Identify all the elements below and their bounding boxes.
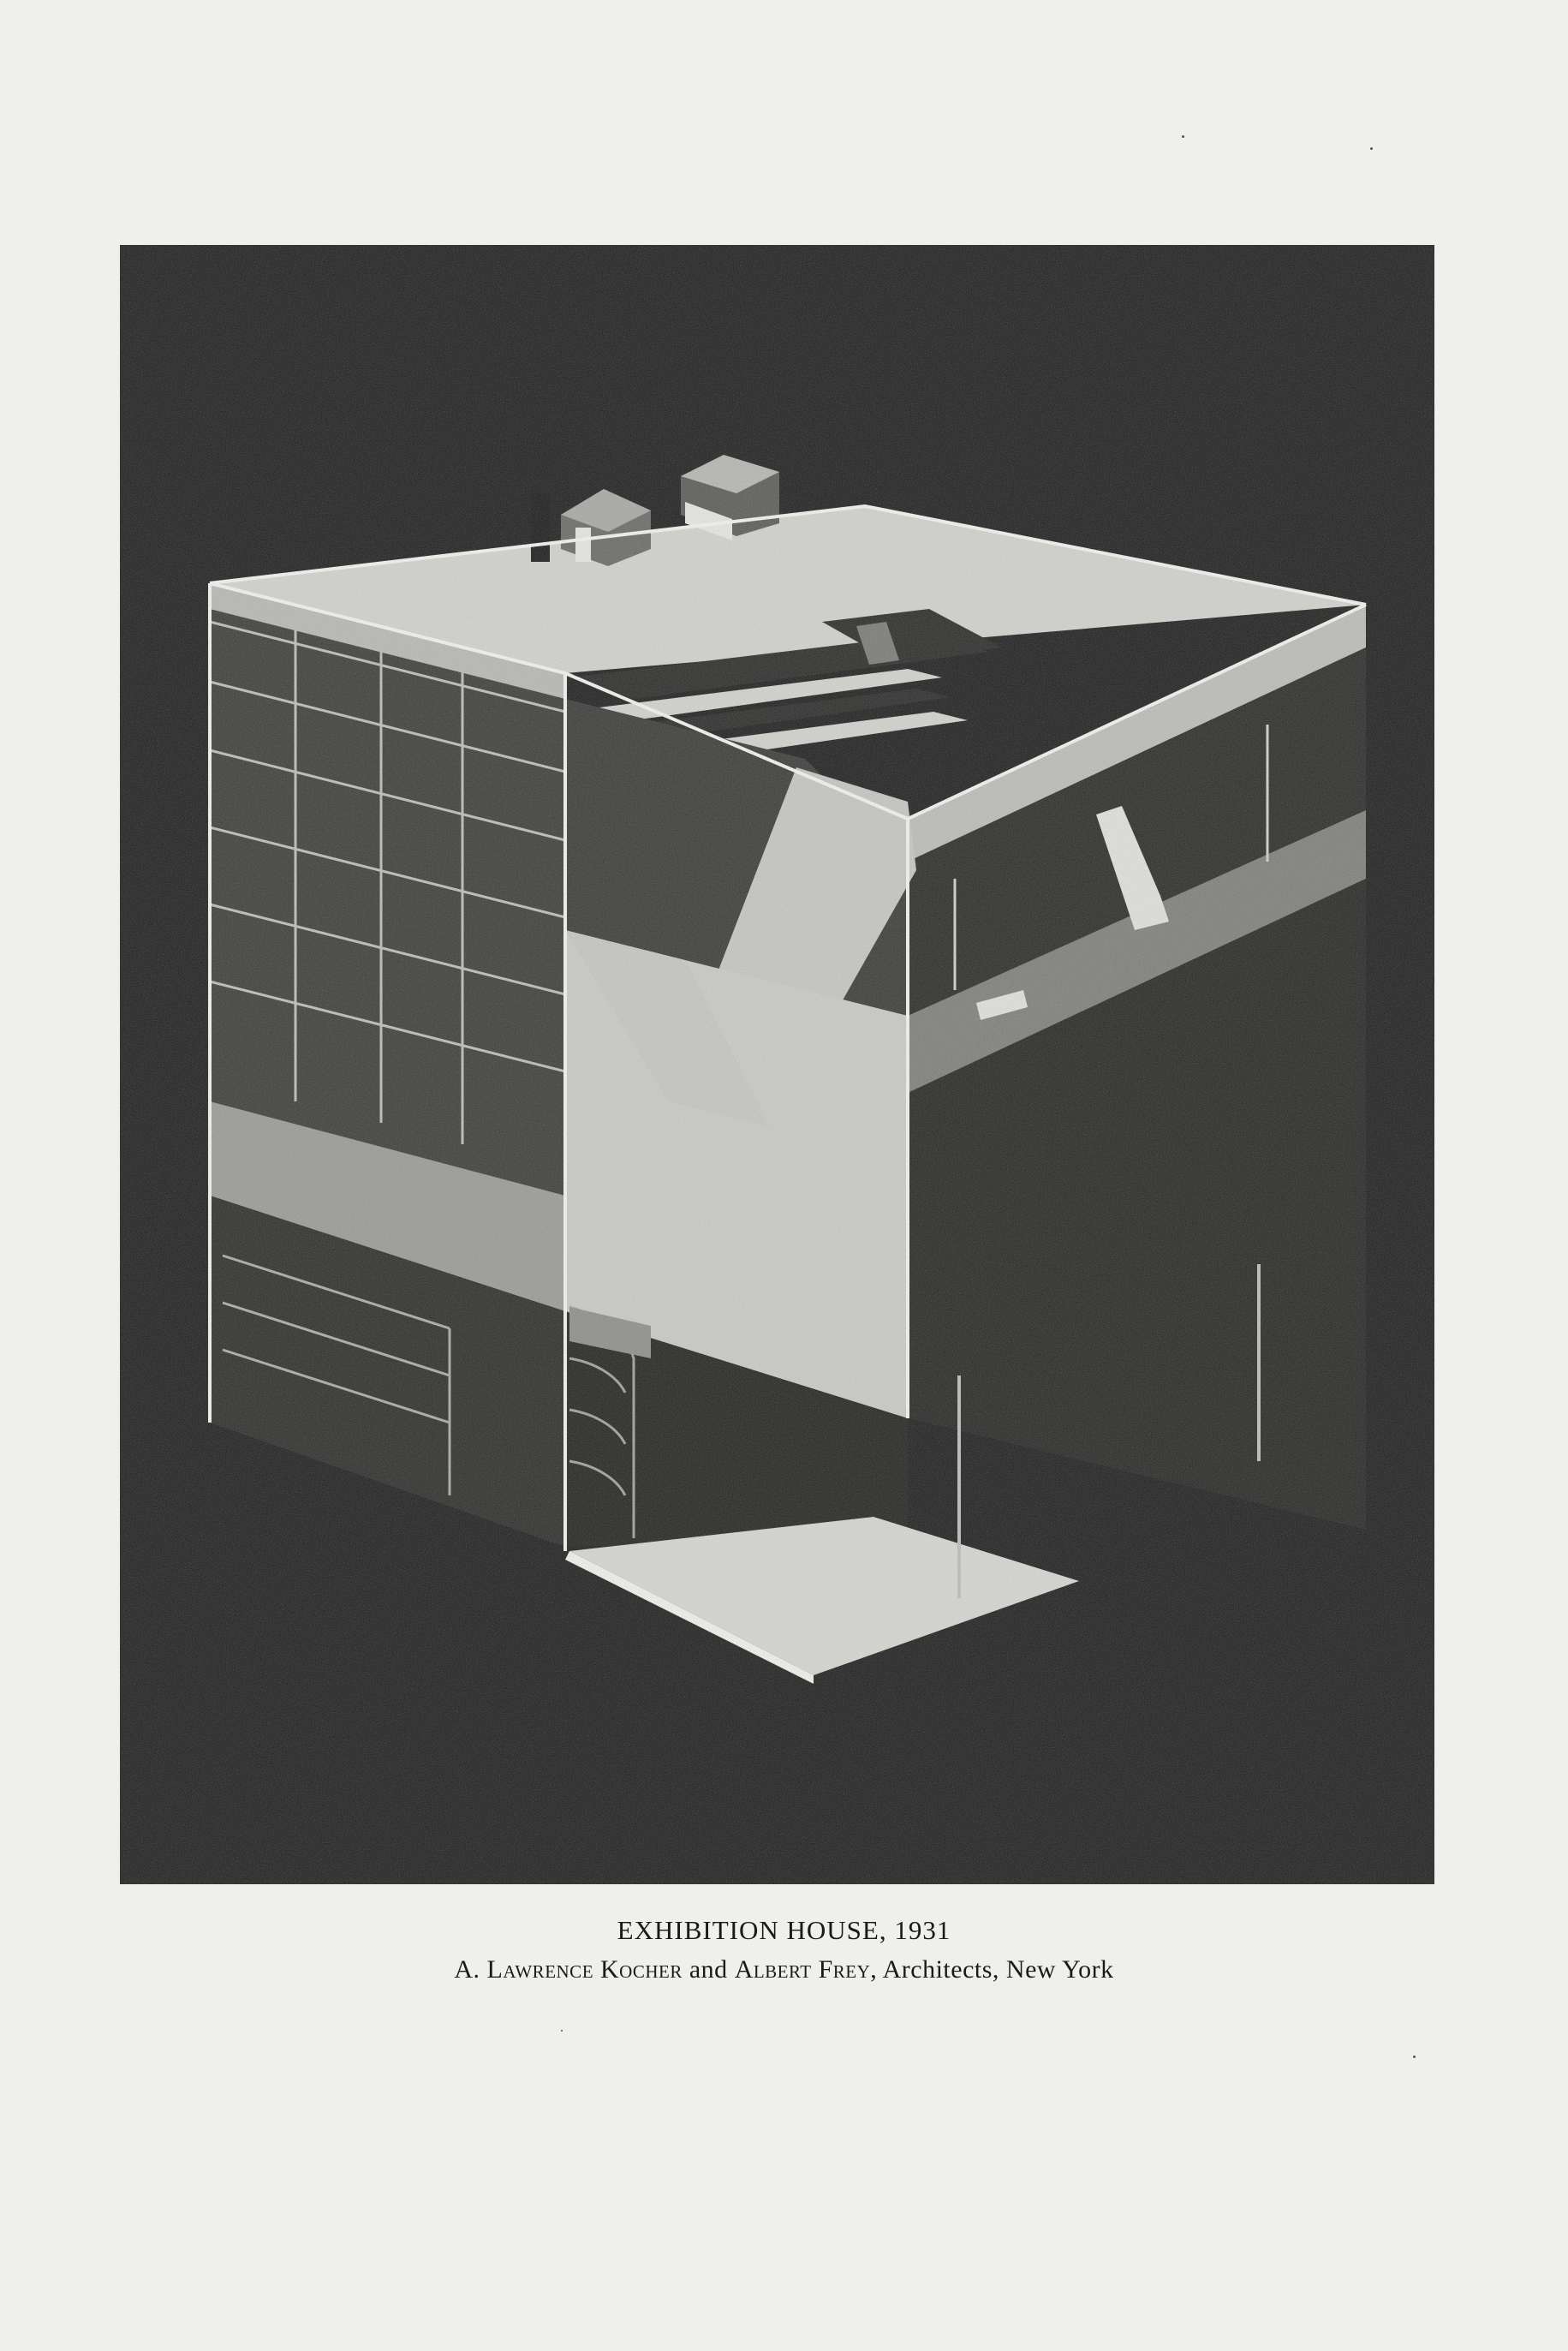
paper-speck	[1370, 147, 1373, 150]
figure-caption-credit: A. Lawrence Kocher and Albert Frey, Arch…	[0, 1955, 1568, 1984]
building-illustration	[120, 245, 1434, 1884]
building-photograph	[120, 245, 1434, 1884]
paper-speck	[1182, 135, 1184, 138]
figure-caption-title: EXHIBITION HOUSE, 1931	[0, 1915, 1568, 1946]
paper-speck	[561, 2030, 563, 2032]
credit-location: , Architects, New York	[870, 1955, 1113, 1984]
credit-conjunction: and	[683, 1955, 735, 1984]
architect-name: A. Lawrence Kocher	[454, 1955, 682, 1984]
architect-name: Albert Frey	[735, 1955, 871, 1984]
paper-speck	[1413, 2056, 1416, 2058]
